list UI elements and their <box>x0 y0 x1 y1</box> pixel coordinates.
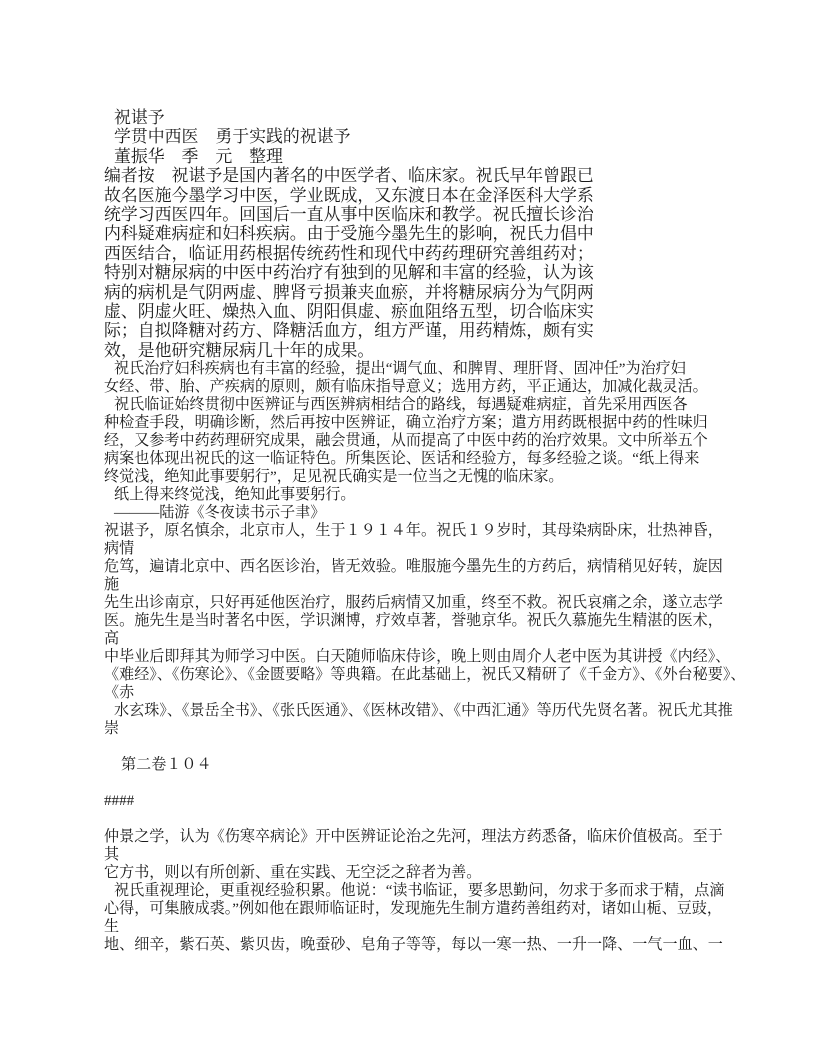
text-line: 施 <box>104 576 744 594</box>
text-line: 祝氏临证始终贯彻中医辨证与西医辨病相结合的路线，每遇疑难病症，首先采用西医各 <box>104 396 744 414</box>
text-line: 故名医施今墨学习中医，学业既成，又东渡日本在金泽医科大学系 <box>104 186 744 205</box>
text-line: 学贯中西医 勇于实践的祝谌予 <box>104 127 744 146</box>
body-section: 祝氏治疗妇科疾病也有丰富的经验，提出“调气血、和脾胃、理肝肾、固冲任”为治疗妇女… <box>104 360 744 954</box>
text-line: 生 <box>104 918 744 936</box>
text-line: 水玄珠》、《景岳全书》、《张氏医通》、《医林改错》、《中西汇通》等历代先贤名著。… <box>104 702 744 720</box>
text-line: 地、细辛，紫石英、紫贝齿，晚蚕砂、皂角子等等，每以一寒一热、一升一降、一气一血、… <box>104 936 744 954</box>
text-line: 际；自拟降糖对药方、降糖活血方，组方严谨，用药精炼，颇有实 <box>104 321 744 340</box>
text-line: 《难经》、《伤寒论》、《金匮要略》等典籍。在此基础上，祝氏又精研了《千金方》、《… <box>104 666 744 684</box>
text-line: 种检查手段，明确诊断，然后再按中医辨证，确立治疗方案；遣方用药既根据中药的性味归 <box>104 414 744 432</box>
text-line: 崇 <box>104 720 744 738</box>
text-line: 祝谌予 <box>104 108 744 127</box>
text-line: 医。施先生是当时著名中医，学识渊博，疗效卓著，誉驰京华。祝氏久慕施先生精湛的医术… <box>104 612 744 630</box>
text-line: 危笃，遍请北京中、西名医诊治，皆无效验。唯服施今墨先生的方药后，病情稍见好转，旋… <box>104 558 744 576</box>
text-line: 统学习西医四年。回国后一直从事中医临床和教学。祝氏擅长诊治 <box>104 205 744 224</box>
text-line: ———陆游《冬夜读书示子聿》 <box>104 504 744 522</box>
text-block: 祝谌予学贯中西医 勇于实践的祝谌予董振华 季 元 整理编者按 祝谌予是国内著名的… <box>104 108 744 954</box>
text-line: #### <box>104 792 744 810</box>
text-line: 仲景之学，认为《伤寒卒病论》开中医辨证论治之先河，理法方药悉备，临床价值极高。至… <box>104 828 744 846</box>
text-line: 中毕业后即拜其为师学习中医。白天随师临床侍诊，晚上则由周介人老中医为其讲授《内经… <box>104 648 744 666</box>
text-line: 祝氏重视理论，更重视经验积累。他说：“读书临证，要多思勤问，勿求于多而求于精，点… <box>104 882 744 900</box>
text-line: 终觉浅，绝知此事要躬行”，足见祝氏确实是一位当之无愧的临床家。 <box>104 468 744 486</box>
text-line: 经，又参考中药药理研究成果，融会贯通，从而提高了中医中药的治疗效果。文中所举五个 <box>104 432 744 450</box>
text-line: 虚、阴虚火旺、燥热入血、阴阳俱虚、瘀血阻络五型，切合临床实 <box>104 302 744 321</box>
text-line: 编者按 祝谌予是国内著名的中医学者、临床家。祝氏早年曾跟已 <box>104 166 744 185</box>
text-line: 女经、带、胎、产疾病的原则，颇有临床指导意义；选用方药，平正通达，加减化裁灵活。 <box>104 378 744 396</box>
text-line: 心得，可集腋成裘。”例如他在跟师临证时，发现施先生制方遣药善组药对，诸如山栀、豆… <box>104 900 744 918</box>
text-line: 内科疑难病症和妇科疾病。由于受施今墨先生的影响，祝氏力倡中 <box>104 224 744 243</box>
text-line: 祝氏治疗妇科疾病也有丰富的经验，提出“调气血、和脾胃、理肝肾、固冲任”为治疗妇 <box>104 360 744 378</box>
text-line: 其 <box>104 846 744 864</box>
document-page: 祝谌予学贯中西医 勇于实践的祝谌予董振华 季 元 整理编者按 祝谌予是国内著名的… <box>0 0 816 1056</box>
text-line: 效，是他研究糖尿病几十年的成果。 <box>104 341 744 360</box>
text-line: 祝谌予，原名慎余，北京市人，生于１９１４年。祝氏１９岁时，其母染病卧床，壮热神昏… <box>104 522 744 540</box>
text-line: 它方书，则以有所创新、重在实践、无空泛之辞者为善。 <box>104 864 744 882</box>
text-line: 先生出诊南京，只好再延他医治疗，服药后病情又加重，终至不救。祝氏哀痛之余，遂立志… <box>104 594 744 612</box>
text-line: 西医结合，临证用药根据传统药性和现代中药药理研究善组药对； <box>104 244 744 263</box>
blank-line <box>104 810 744 828</box>
blank-line <box>104 738 744 756</box>
text-line: 第二卷１０４ <box>104 756 744 774</box>
text-line: 《赤 <box>104 684 744 702</box>
text-line: 病的病机是气阴两虚、脾肾亏损兼夹血瘀，并将糖尿病分为气阴两 <box>104 283 744 302</box>
editor-note-section: 祝谌予学贯中西医 勇于实践的祝谌予董振华 季 元 整理编者按 祝谌予是国内著名的… <box>104 108 744 360</box>
text-line: 高 <box>104 630 744 648</box>
text-line: 董振华 季 元 整理 <box>104 147 744 166</box>
text-line: 特别对糖尿病的中医中药治疗有独到的见解和丰富的经验，认为该 <box>104 263 744 282</box>
blank-line <box>104 774 744 792</box>
text-line: 纸上得来终觉浅，绝知此事要躬行。 <box>104 486 744 504</box>
text-line: 病案也体现出祝氏的这一临证特色。所集医论、医话和经验方，每多经验之谈。“纸上得来 <box>104 450 744 468</box>
text-line: 病情 <box>104 540 744 558</box>
